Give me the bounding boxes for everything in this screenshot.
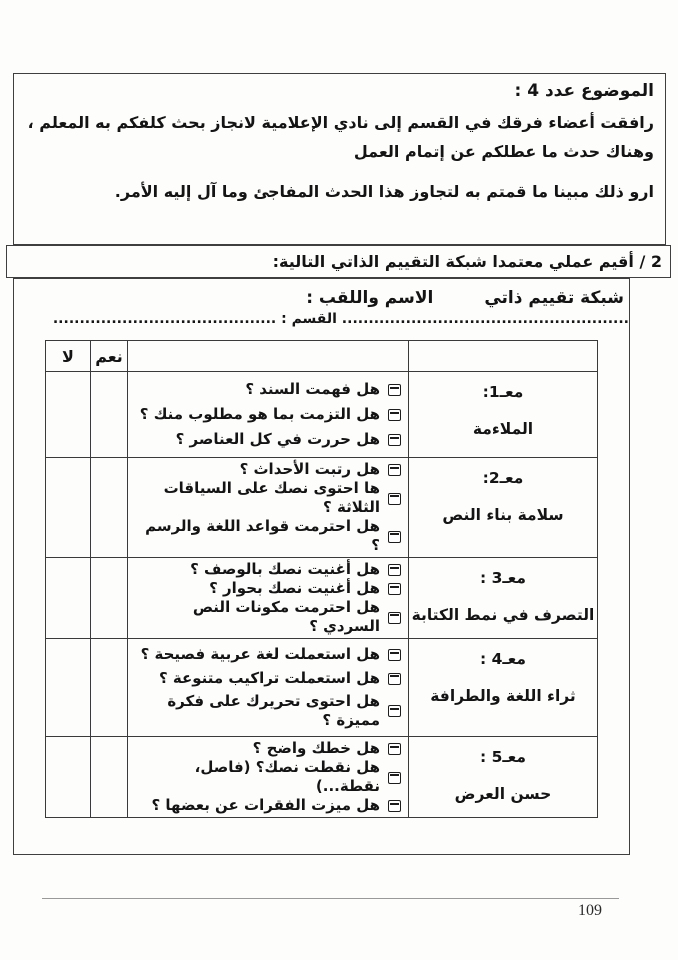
no-answer-cell [46,458,91,558]
questions-header-cell [128,341,409,372]
task-bar: 2 / أقيم عملي معتمدا شبكة التقييم الذاتي… [6,245,671,278]
checkbox-bullet-icon [388,493,401,505]
footer-rule [42,898,619,899]
yes-answer-cell [91,737,128,818]
question-text: هل التزمت بما هو مطلوب منك ؟ [140,405,380,424]
question-line: ها احتوى نصك على السياقات الثلاثة ؟ [132,479,401,517]
checkbox-bullet-icon [388,583,401,595]
question-line: هل نقطت نصك؟ (فاصل، نقطة...) [132,758,401,796]
checkbox-bullet-icon [388,564,401,576]
criterion-cell: معـ1:الملاءمة [409,372,598,458]
no-answer-cell [46,639,91,737]
criterion-code: معـ3 : [480,569,526,587]
topic-instruction-text: ارو ذلك مبينا ما قمتم به لتجاوز هذا الحد… [25,179,654,205]
checkbox-bullet-icon [388,434,401,446]
checkbox-bullet-icon [388,772,401,784]
grid-title: شبكة تقييم ذاتي [484,288,624,308]
table-row: معـ3 :التصرف في نمط الكتابةهل أغنيت نصك … [46,558,598,639]
table-row: معـ1:الملاءمةهل فهمت السند ؟هل التزمت بم… [46,372,598,458]
table-row: معـ4 :ثراء اللغة والطرافةهل استعملت لغة … [46,639,598,737]
question-text: ها احتوى نصك على السياقات الثلاثة ؟ [132,479,380,517]
checkbox-bullet-icon [388,409,401,421]
question-text: هل احترمت مكونات النص السردي ؟ [132,598,380,636]
no-answer-cell [46,737,91,818]
criteria-table: نعم لا معـ1:الملاءمةهل فهمت السند ؟هل ال… [45,340,598,818]
checkbox-bullet-icon [388,531,401,543]
question-text: هل احترمت قواعد اللغة والرسم ؟ [132,517,380,555]
criterion-cell: معـ5 :حسن العرض [409,737,598,818]
criterion-code: معـ1: [483,383,524,401]
checkbox-bullet-icon [388,705,401,717]
topic-body-text: رافقت أعضاء فرقك في القسم إلى نادي الإعل… [25,108,654,166]
criterion-code: معـ4 : [480,650,526,668]
table-row: معـ2:سلامة بناء النصهل رتبت الأحداث ؟ها … [46,458,598,558]
scanned-workbook-page: الموضوع عدد 4 : رافقت أعضاء فرقك في القس… [0,0,678,960]
criterion-name: ثراء اللغة والطرافة [430,687,575,705]
question-text: هل احتوى تحريرك على فكرة مميزة ؟ [132,692,380,730]
criterion-cell: معـ4 :ثراء اللغة والطرافة [409,639,598,737]
criterion-cell: معـ2:سلامة بناء النص [409,458,598,558]
question-line: هل خطك واضح ؟ [132,739,401,758]
criterion-name: سلامة بناء النص [442,506,563,524]
no-answer-cell [46,558,91,639]
no-answer-cell [46,372,91,458]
checkbox-bullet-icon [388,464,401,476]
yes-answer-cell [91,558,128,639]
yes-answer-cell [91,372,128,458]
question-line: هل استعملت تراكيب متنوعة ؟ [132,669,401,688]
criterion-name: حسن العرض [455,785,552,803]
checkbox-bullet-icon [388,612,401,624]
question-line: هل رتبت الأحداث ؟ [132,460,401,479]
evaluation-box: شبكة تقييم ذاتي الاسم واللقب : .........… [13,278,630,855]
question-text: هل أغنيت نصك بالوصف ؟ [190,560,380,579]
name-label: الاسم واللقب : [306,288,433,308]
question-line: هل فهمت السند ؟ [132,380,401,399]
checkbox-bullet-icon [388,743,401,755]
topic-title: الموضوع عدد 4 : [25,81,654,101]
question-line: هل أغنيت نصك بحوار ؟ [132,579,401,598]
criterion-name: التصرف في نمط الكتابة [412,606,595,624]
question-line: هل أغنيت نصك بالوصف ؟ [132,560,401,579]
criterion-cell: معـ3 :التصرف في نمط الكتابة [409,558,598,639]
question-line: هل احتوى تحريرك على فكرة مميزة ؟ [132,692,401,730]
question-line: هل احترمت مكونات النص السردي ؟ [132,598,401,636]
checkbox-bullet-icon [388,673,401,685]
question-line: هل احترمت قواعد اللغة والرسم ؟ [132,517,401,555]
questions-cell: هل خطك واضح ؟هل نقطت نصك؟ (فاصل، نقطة...… [128,737,409,818]
question-line: هل حررت في كل العناصر ؟ [132,430,401,449]
name-class-fill-line: ........................................… [14,310,629,328]
table-header-row: نعم لا [46,341,598,372]
no-header-cell: لا [46,341,91,372]
questions-cell: هل أغنيت نصك بالوصف ؟هل أغنيت نصك بحوار … [128,558,409,639]
criterion-header-cell [409,341,598,372]
table-row: معـ5 :حسن العرضهل خطك واضح ؟هل نقطت نصك؟… [46,737,598,818]
questions-cell: هل رتبت الأحداث ؟ها احتوى نصك على السياق… [128,458,409,558]
yes-answer-cell [91,639,128,737]
checkbox-bullet-icon [388,800,401,812]
question-text: هل ميزت الفقرات عن بعضها ؟ [152,796,381,815]
question-text: هل استعملت لغة عربية فصيحة ؟ [141,645,380,664]
yes-answer-cell [91,458,128,558]
criterion-code: معـ5 : [480,748,526,766]
question-text: هل نقطت نصك؟ (فاصل، نقطة...) [132,758,380,796]
question-text: هل استعملت تراكيب متنوعة ؟ [159,669,380,688]
checkbox-bullet-icon [388,649,401,661]
question-text: هل حررت في كل العناصر ؟ [176,430,380,449]
criteria-table-body: معـ1:الملاءمةهل فهمت السند ؟هل التزمت بم… [46,372,598,818]
questions-cell: هل فهمت السند ؟هل التزمت بما هو مطلوب من… [128,372,409,458]
yes-header-cell: نعم [91,341,128,372]
criterion-name: الملاءمة [473,420,533,438]
grid-header-row: شبكة تقييم ذاتي الاسم واللقب : [14,288,624,308]
questions-cell: هل استعملت لغة عربية فصيحة ؟هل استعملت ت… [128,639,409,737]
question-text: هل رتبت الأحداث ؟ [240,460,380,479]
page-number: 109 [560,902,620,920]
question-text: هل خطك واضح ؟ [253,739,380,758]
question-text: هل أغنيت نصك بحوار ؟ [209,579,380,598]
question-line: هل استعملت لغة عربية فصيحة ؟ [132,645,401,664]
question-line: هل ميزت الفقرات عن بعضها ؟ [132,796,401,815]
question-text: هل فهمت السند ؟ [245,380,380,399]
criterion-code: معـ2: [483,469,524,487]
question-line: هل التزمت بما هو مطلوب منك ؟ [132,405,401,424]
checkbox-bullet-icon [388,384,401,396]
topic-box: الموضوع عدد 4 : رافقت أعضاء فرقك في القس… [13,73,666,245]
task-text: 2 / أقيم عملي معتمدا شبكة التقييم الذاتي… [273,252,662,271]
